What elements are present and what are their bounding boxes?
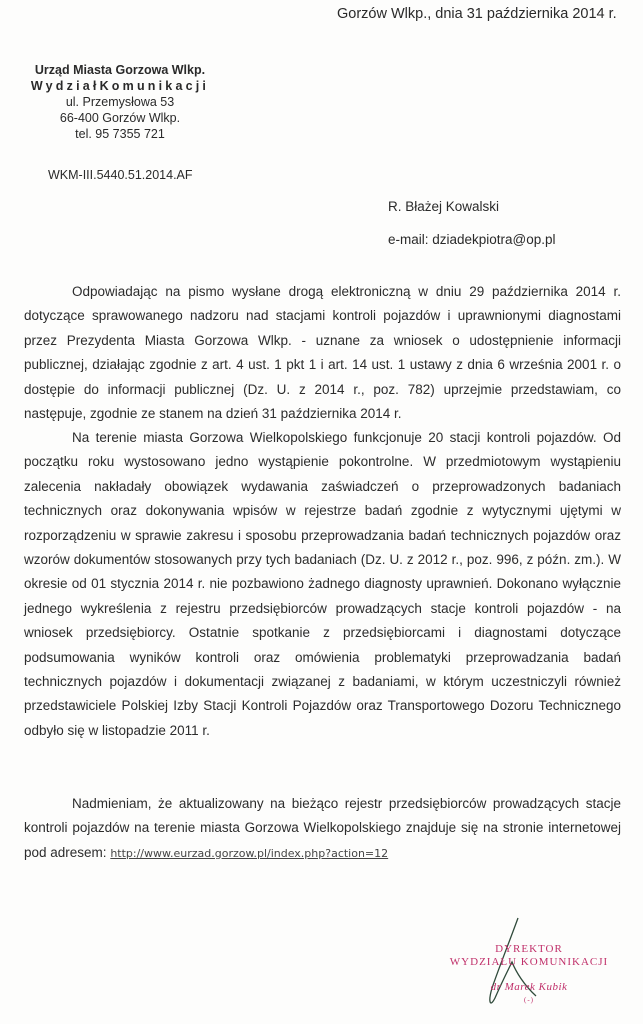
body-paragraph-1: Odpowiadając na pismo wysłane drogą elek…	[24, 280, 621, 426]
recipient-name: R. Błażej Kowalski	[388, 199, 499, 214]
sender-phone: tel. 95 7355 721	[20, 126, 220, 142]
body-paragraph-2: Na terenie miasta Gorzowa Wielkopolskieg…	[24, 426, 621, 743]
place-date: Gorzów Wlkp., dnia 31 października 2014 …	[337, 6, 617, 22]
paragraph-text: Odpowiadając na pismo wysłane drogą elek…	[24, 280, 621, 426]
sender-department: WydziałKomunikacji	[20, 78, 220, 94]
sender-organization: Urząd Miasta Gorzowa Wlkp.	[20, 62, 220, 78]
stamp-title: DYREKTOR	[434, 943, 624, 956]
register-link[interactable]: http://www.eurzad.gorzow.pl/index.php?ac…	[110, 847, 388, 860]
body-paragraph-3: Nadmieniam, że aktualizowany na bieżąco …	[24, 792, 621, 866]
sender-block: Urząd Miasta Gorzowa Wlkp. WydziałKomuni…	[20, 62, 220, 142]
stamp-name: dr Marek Kubik	[434, 981, 624, 994]
reference-number: WKM-III.5440.51.2014.AF	[48, 168, 193, 182]
director-stamp: DYREKTOR WYDZIAŁU KOMUNIKACJI dr Marek K…	[434, 943, 624, 1007]
sender-city: 66-400 Gorzów Wlkp.	[20, 110, 220, 126]
stamp-department: WYDZIAŁU KOMUNIKACJI	[434, 956, 624, 969]
paragraph-text: Na terenie miasta Gorzowa Wielkopolskieg…	[24, 426, 621, 743]
sender-street: ul. Przemysłowa 53	[20, 94, 220, 110]
stamp-mark: (-)	[434, 994, 624, 1007]
recipient-email: e-mail: dziadekpiotra@op.pl	[388, 232, 556, 247]
